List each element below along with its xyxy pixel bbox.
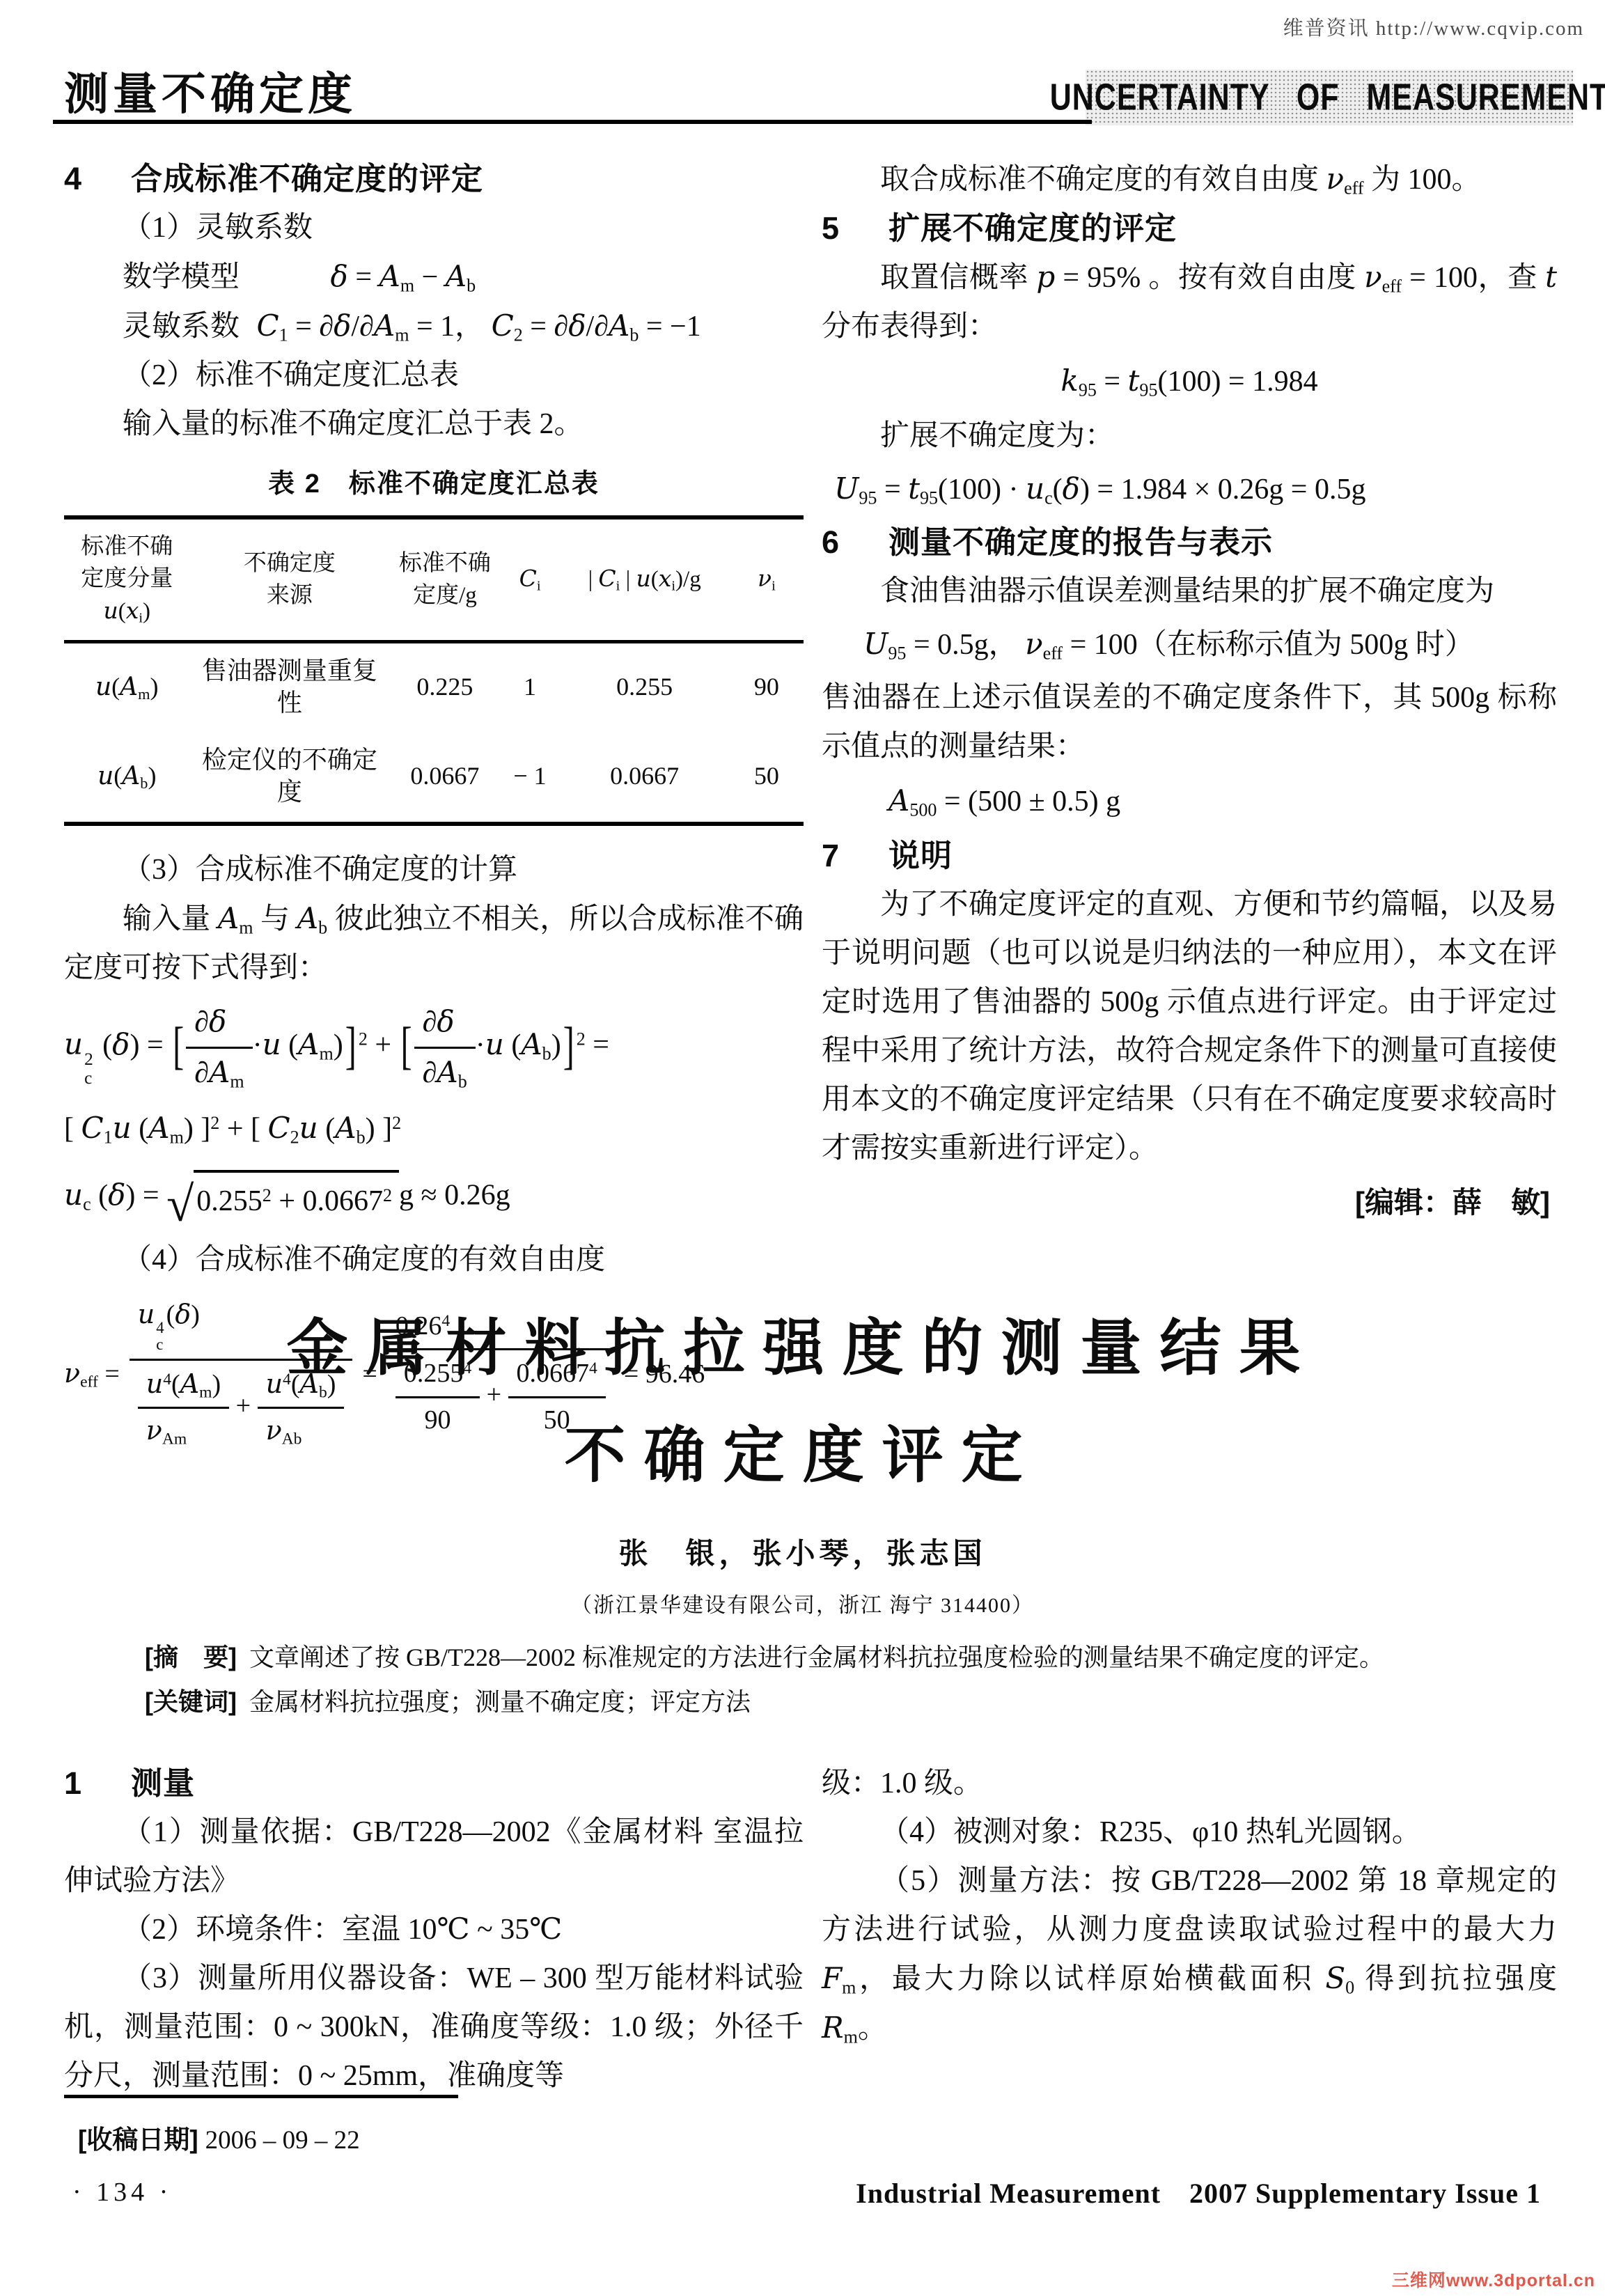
item-sensitivity: （1）灵敏系数 <box>64 203 804 252</box>
fraction: ∂δ∂Am <box>186 1002 252 1093</box>
paragraph-expanded-label: 扩展不确定度为： <box>822 412 1557 460</box>
article-affiliation: （浙江景华建设有限公司，浙江 海宁 314400） <box>0 1588 1605 1618</box>
right-column-bottom: 级：1.0 级。 （4）被测对象：R235、φ10 热轧光圆钢。 （5）测量方法… <box>822 1759 1557 2053</box>
abstract-label: [摘 要] <box>145 1643 237 1671</box>
article-title-line1: 金属材料抗拉强度的测量结果 <box>0 1318 1605 1379</box>
cell-component: u(Ab) <box>64 733 190 824</box>
received-date-line: [收稿日期]2006 – 09 – 22 <box>78 2118 360 2156</box>
table2-header-ciuxi: | Ci | u(xi)/g <box>560 517 730 642</box>
radical: √0.2552 + 0.06672 <box>166 1170 399 1226</box>
formula-uc-squared: u2c (δ) = [∂δ∂Am·u (Am)]2 + [∂δ∂Ab·u (Ab… <box>64 1002 804 1093</box>
formula-u95: U95 = t95(100) · uc(δ) = 1.984 × 0.26g =… <box>834 464 1557 514</box>
editor-credit: [编辑：薛 敏] <box>822 1178 1557 1227</box>
table-row: u(Am) 售油器测量重复性 0.225 1 0.255 90 <box>64 642 804 733</box>
section-4-heading: 4合成标准不确定度的评定 <box>64 155 804 203</box>
cell-vi: 50 <box>730 733 804 824</box>
footnote-rule <box>64 2095 458 2098</box>
article-title-line2: 不确定度评定 <box>0 1425 1605 1486</box>
section-1-heading: 1测量 <box>64 1759 804 1808</box>
column-title-cn: 测量不确定度 <box>64 58 357 123</box>
formula-uc-delta: uc (δ) = √0.2552 + 0.06672g ≈ 0.26g <box>64 1170 804 1226</box>
article-authors: 张 银，张小琴，张志国 <box>0 1531 1605 1572</box>
cell-ciuxi: 0.0667 <box>560 733 730 824</box>
abstract-text: 文章阐述了按 GB/T228—2002 标准规定的方法进行金属材料抗拉强度检验的… <box>249 1643 1384 1671</box>
paragraph-report-intro: 食油售油器示值误差测量结果的扩展不确定度为 <box>822 567 1557 616</box>
paragraph-table-ref: 输入量的标准不确定度汇总于表 2。 <box>64 400 804 448</box>
table2-header-ci: Ci <box>501 517 560 642</box>
paragraph-take-dof: 取合成标准不确定度的有效自由度 νeff 为 100。 <box>822 155 1557 204</box>
bottom-watermark: 三维网www.3dportal.cn <box>1392 2267 1595 2292</box>
formula-u95-value: U95 = 0.5g， νeff = 100（在标称示值为 500g 时） <box>863 620 1557 669</box>
cell-ciuxi: 0.255 <box>560 642 730 733</box>
paragraph-grade-cont: 级：1.0 级。 <box>822 1759 1557 1808</box>
abstract-block: [摘 要]文章阐述了按 GB/T228—2002 标准规定的方法进行金属材料抗拉… <box>145 1635 1533 1724</box>
item-summary-table: （2）标准不确定度汇总表 <box>64 351 804 400</box>
section-7-heading: 7说明 <box>822 831 1557 880</box>
column-title-en-block: UNCERTAINTY OF MEASUREMENT <box>1086 70 1573 125</box>
formula-a500: A500 = (500 ± 0.5) g <box>888 776 1557 826</box>
cell-std: 0.225 <box>389 642 500 733</box>
cell-ci: − 1 <box>501 733 560 824</box>
paragraph-environment: （2）环境条件：室温 10℃ ~ 35℃ <box>64 1905 804 1954</box>
column-title-en: UNCERTAINTY OF MEASUREMENT <box>1050 76 1605 118</box>
table2-caption: 表 2 标准不确定度汇总表 <box>64 460 804 508</box>
journal-page: 维普资讯 http://www.cqvip.com 测量不确定度 UNCERTA… <box>0 0 1605 2296</box>
top-watermark: 维普资讯 http://www.cqvip.com <box>1283 13 1584 41</box>
article-header: 金属材料抗拉强度的测量结果 不确定度评定 张 银，张小琴，张志国 （浙江景华建设… <box>0 1318 1605 1618</box>
fraction: ∂δ∂Ab <box>414 1002 476 1093</box>
table2-header-vi: νi <box>730 517 804 642</box>
table2-header-component: 标准不确 定度分量 u(xi) <box>64 517 190 642</box>
paragraph-notes: 为了不确定度评定的直观、方便和节约篇幅，以及易于说明问题（也可以说是归纳法的一种… <box>822 880 1557 1173</box>
formula-uc-squared-line2: [ C1u (Am) ]2 + [ C2u (Ab) ]2 <box>64 1104 804 1153</box>
cell-component: u(Am) <box>64 642 190 733</box>
keywords-line: [关键词]金属材料抗拉强度；测量不确定度；评定方法 <box>145 1680 1533 1724</box>
cell-ci: 1 <box>501 642 560 733</box>
keywords-text: 金属材料抗拉强度；测量不确定度；评定方法 <box>249 1688 751 1716</box>
received-date: 2006 – 09 – 22 <box>205 2126 360 2155</box>
paragraph-independence: 输入量 Am 与 Ab 彼此独立不相关，所以合成标准不确定度可按下式得到： <box>64 894 804 992</box>
section-5-heading: 5扩展不确定度的评定 <box>822 204 1557 253</box>
formula-delta: δ = Am − Ab <box>331 261 476 293</box>
section-6-heading: 6测量不确定度的报告与表示 <box>822 518 1557 567</box>
item-combined-calc: （3）合成标准不确定度的计算 <box>64 845 804 894</box>
formula-c1-c2: C1 = ∂δ/∂Am = 1， C2 = ∂δ/∂Ab = −1 <box>257 311 701 343</box>
table2-header-source: 不确定度 来源 <box>190 517 390 642</box>
formula-k95: k95 = t95(100) = 1.984 <box>822 357 1557 406</box>
paragraph-confidence: 取置信概率 p = 95% 。按有效自由度 νeff = 100，查 t 分布表… <box>822 253 1557 351</box>
paragraph-equipment: （3）测量所用仪器设备：WE – 300 型万能材料试验机，测量范围：0 ~ 3… <box>64 1954 804 2100</box>
cell-vi: 90 <box>730 642 804 733</box>
cell-source: 售油器测量重复性 <box>190 642 390 733</box>
header-rule <box>53 120 1092 124</box>
paragraph-object: （4）被测对象：R235、φ10 热轧光圆钢。 <box>822 1808 1557 1857</box>
left-column-bottom: 1测量 （1）测量依据：GB/T228—2002《金属材料 室温拉伸试验方法》 … <box>64 1759 804 2100</box>
left-column-top: 4合成标准不确定度的评定 （1）灵敏系数 数学模型 δ = Am − Ab 灵敏… <box>64 155 804 1451</box>
page-number: · 134 · <box>72 2177 172 2208</box>
table2-header-row: 标准不确 定度分量 u(xi) 不确定度 来源 标准不确 定度/g Ci <box>64 517 804 642</box>
item-effective-dof: （4）合成标准不确定度的有效自由度 <box>64 1235 804 1284</box>
stacked-supsub: 2c <box>84 1051 93 1088</box>
paragraph-report-body: 售油器在上述示值误差的不确定度条件下，其 500g 标称示值点的测量结果： <box>822 673 1557 771</box>
cell-source: 检定仪的不确定度 <box>190 733 390 824</box>
received-label: [收稿日期] <box>78 2125 198 2154</box>
journal-footer: Industrial Measurement 2007 Supplementar… <box>856 2171 1541 2211</box>
abstract-line: [摘 要]文章阐述了按 GB/T228—2002 标准规定的方法进行金属材料抗拉… <box>145 1635 1533 1680</box>
table-row: u(Ab) 检定仪的不确定度 0.0667 − 1 0.0667 50 <box>64 733 804 824</box>
keywords-label: [关键词] <box>145 1687 237 1716</box>
paragraph-method: （5）测量方法：按 GB/T228—2002 第 18 章规定的方法进行试验，从… <box>822 1857 1557 2053</box>
table2-standard-uncertainty: 标准不确 定度分量 u(xi) 不确定度 来源 标准不确 定度/g Ci <box>64 515 804 826</box>
right-column-top: 取合成标准不确定度的有效自由度 νeff 为 100。 5扩展不确定度的评定 取… <box>822 155 1557 1227</box>
cell-std: 0.0667 <box>389 733 500 824</box>
sensitivity-line: 灵敏系数 C1 = ∂δ/∂Am = 1， C2 = ∂δ/∂Ab = −1 <box>64 302 804 351</box>
paragraph-basis: （1）测量依据：GB/T228—2002《金属材料 室温拉伸试验方法》 <box>64 1808 804 1905</box>
table2-header-std: 标准不确 定度/g <box>389 517 500 642</box>
math-model-line: 数学模型 δ = Am − Ab <box>64 252 804 302</box>
